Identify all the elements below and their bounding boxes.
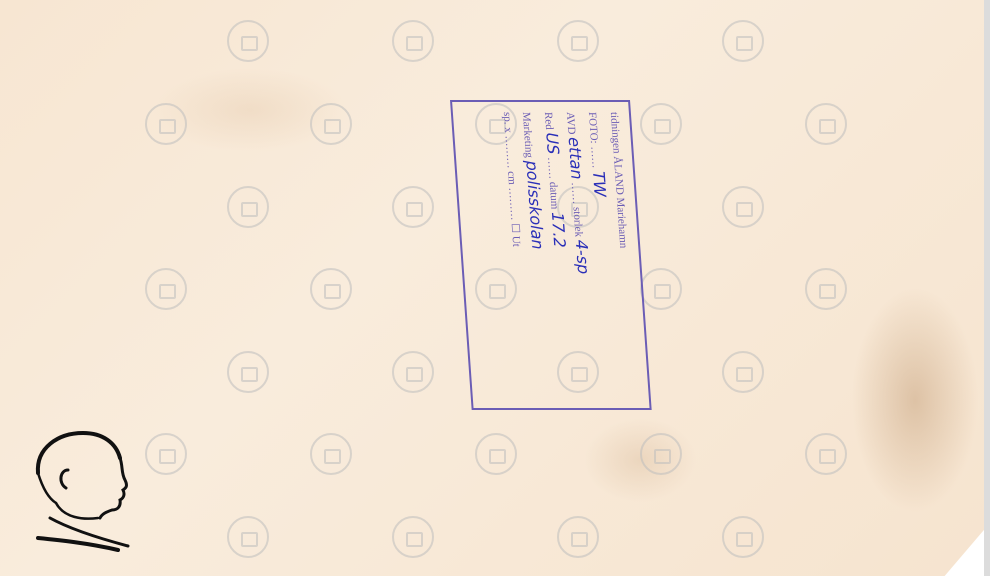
publisher-stamp: tidningen ÅLAND Mariehamn FOTO: …… TW AV… <box>430 100 630 410</box>
profile-portrait-icon <box>28 428 133 553</box>
scan-edge <box>984 0 990 576</box>
photographer: TW <box>589 171 610 197</box>
